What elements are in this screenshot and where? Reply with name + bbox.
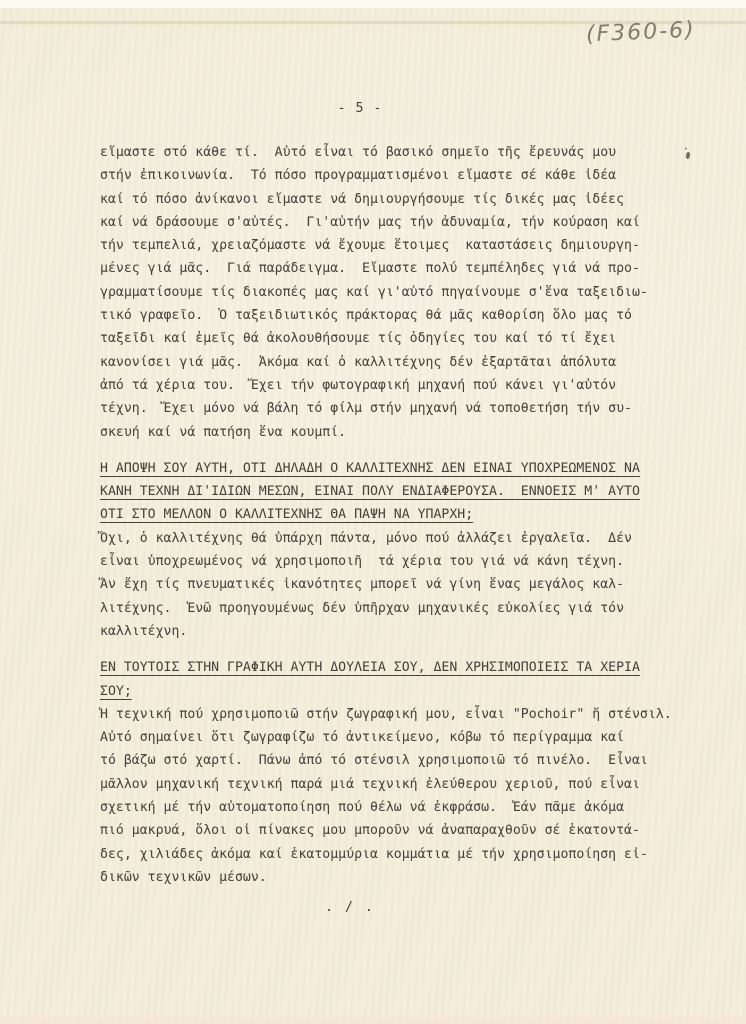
text-line: γραμματίσουμε τίς διακοπές μας καί γι'αὐ…: [100, 281, 676, 304]
text-line: σκευή καί νά πατήση ἕνα κουμπί.: [100, 421, 676, 444]
paper-bottom-edge: [0, 1017, 746, 1024]
text-line: κανονίσει γιά μᾶς. Ἀκόμα καί ὁ καλλιτέχν…: [100, 351, 676, 374]
interview-question: ΕΝ ΤΟΥΤΟΙΣ ΣΤΗΝ ΓΡΑΦΙΚΗ ΑΥΤΗ ΔΟΥΛΕΙΑ ΣΟΥ…: [100, 656, 676, 703]
text-line: δες, χιλιάδες ἀκόμα καί ἑκατομμύρια κομμ…: [100, 843, 676, 866]
text-line: εἶναι ὑποχρεωμένος νά χρησιμοποιῆ τά χέρ…: [100, 550, 676, 573]
text-line: λιτέχνης. Ἐνῶ προηγουμένως δέν ὑπῆρχαν μ…: [100, 597, 676, 620]
text-line: σχετική μέ τήν αὐτοματοποίηση πού θέλω ν…: [100, 796, 676, 819]
text-line: τικό γραφεῖο. Ὁ ταξειδιωτικός πράκτορας …: [100, 304, 676, 327]
text-line: μᾶλλον μηχανική τεχνική παρά μιά τεχνική…: [100, 773, 676, 796]
text-line: Ὄχι, ὁ καλλιτέχνης θά ὑπάρχη πάντα, μόνο…: [100, 527, 676, 550]
text-line: στήν ἐπικοινωνία. Τό πόσο προγραμματισμέ…: [100, 164, 676, 187]
question-line: ΟΤΙ ΣΤΟ ΜΕΛΛΟΝ Ο ΚΑΛΛΙΤΕΧΝΗΣ ΘΑ ΠΑΨΗ ΝΑ …: [100, 503, 676, 526]
continuation-mark: . / .: [100, 900, 600, 915]
text-line: μένες γιά μᾶς. Γιά παράδειγμα. Εἴμαστε π…: [100, 257, 676, 280]
text-line: δικῶν τεχνικῶν μέσων.: [100, 866, 676, 889]
page-number: - 5 -: [0, 101, 720, 116]
ink-speck: [686, 152, 691, 159]
question-line: ΕΝ ΤΟΥΤΟΙΣ ΣΤΗΝ ΓΡΑΦΙΚΗ ΑΥΤΗ ΔΟΥΛΕΙΑ ΣΟΥ…: [100, 656, 676, 679]
question-line: ΚΑΝΗ ΤΕΧΝΗ ΔΙ'ΙΔΙΩΝ ΜΕΣΩΝ, ΕΙΝΑΙ ΠΟΛΥ ΕΝ…: [100, 480, 676, 503]
scanned-document-page: (F360-6) - 5 - εἴμαστε στό κάθε τί. Αὐτό…: [0, 0, 746, 1024]
text-line: τό βάζω στό χαρτί. Πάνω ἀπό τό στένσιλ χ…: [100, 749, 676, 772]
interview-answer: Ἡ τεχνική πού χρησιμοποιῶ στήν ζωγραφική…: [100, 703, 676, 889]
text-line: Ἄν ἔχη τίς πνευματικές ἱκανότητες μπορεῖ…: [100, 573, 676, 596]
text-line: καί νά δράσουμε σ'αὐτές. Γι'αὐτήν μας τή…: [100, 211, 676, 234]
interview-answer: εἴμαστε στό κάθε τί. Αὐτό εἶναι τό βασικ…: [100, 141, 676, 444]
interview-question: Η ΑΠΟΨΗ ΣΟΥ ΑΥΤΗ, ΟΤΙ ΔΗΛΑΔΗ Ο ΚΑΛΛΙΤΕΧΝ…: [100, 457, 676, 527]
text-line: τέχνη. Ἔχει μόνο νά βάλη τό φίλμ στήν μη…: [100, 397, 676, 420]
text-line: ταξεῖδι καί ἐμεῖς θά ἀκολουθήσουμε τίς ὁ…: [100, 327, 676, 350]
document-body: εἴμαστε στό κάθε τί. Αὐτό εἶναι τό βασικ…: [100, 141, 676, 915]
interview-answer: Ὄχι, ὁ καλλιτέχνης θά ὑπάρχη πάντα, μόνο…: [100, 527, 676, 643]
text-line: τήν τεμπελιά, χρειαζόμαστε νά ἔχουμε ἕτο…: [100, 234, 676, 257]
question-line: ΣΟΥ;: [100, 680, 676, 703]
question-line: Η ΑΠΟΨΗ ΣΟΥ ΑΥΤΗ, ΟΤΙ ΔΗΛΑΔΗ Ο ΚΑΛΛΙΤΕΧΝ…: [100, 457, 676, 480]
text-line: Αὐτό σημαίνει ὅτι ζωγραφίζω τό ἀντικείμε…: [100, 726, 676, 749]
text-line: Ἡ τεχνική πού χρησιμοποιῶ στήν ζωγραφική…: [100, 703, 676, 726]
text-line: εἴμαστε στό κάθε τί. Αὐτό εἶναι τό βασικ…: [100, 141, 676, 164]
text-line: καί τό πόσο ἀνίκανοι εἴμαστε νά δημιουργ…: [100, 188, 676, 211]
paper-top-edge: [0, 0, 746, 8]
text-line: πιό μακρυά, ὅλοι οἱ πίνακες μου μποροῦν …: [100, 819, 676, 842]
text-line: καλλιτέχνη.: [100, 620, 676, 643]
text-line: ἀπό τά χέρια του. Ἔχει τήν φωτογραφική μ…: [100, 374, 676, 397]
handwritten-annotation: (F360-6): [586, 18, 697, 48]
